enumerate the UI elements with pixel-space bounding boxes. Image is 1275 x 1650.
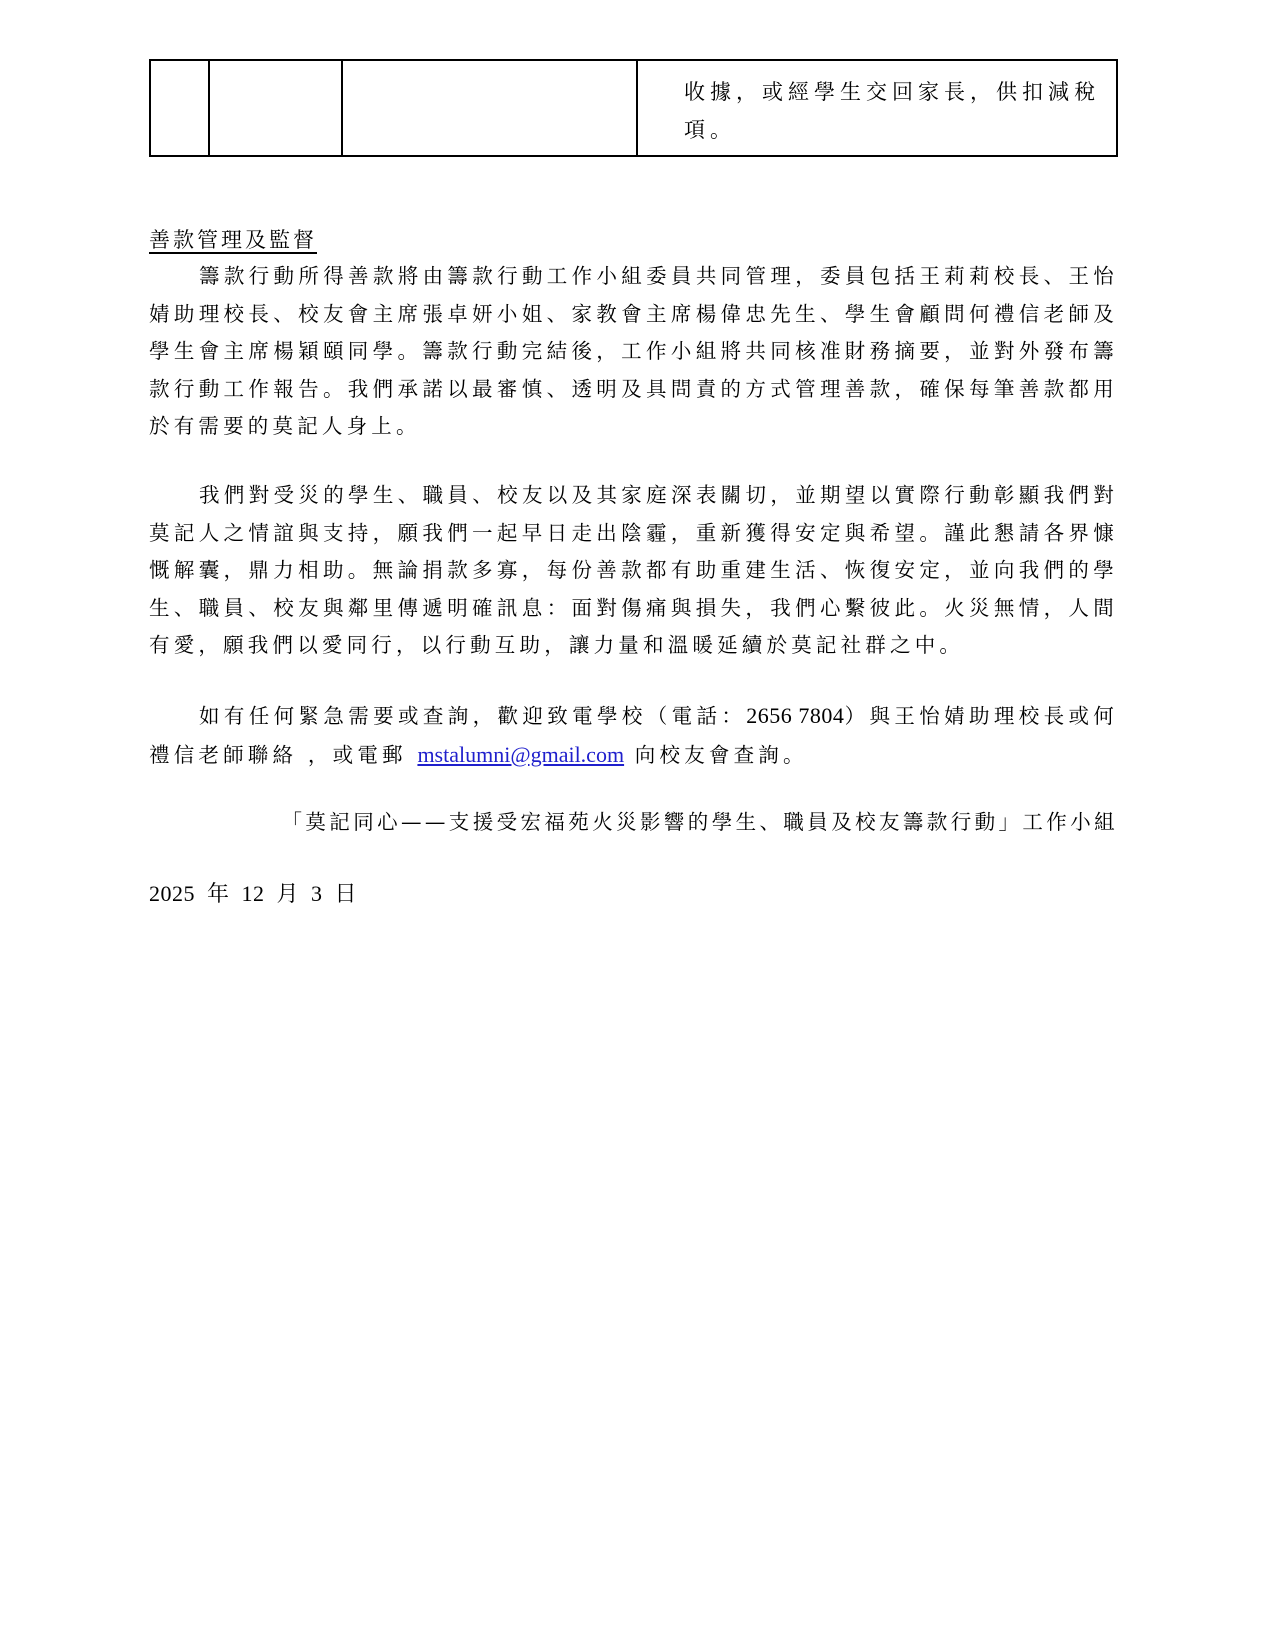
table-continuation: 收據，或經學生交回家長，供扣減稅項。 [149,59,1118,157]
table-cell-empty [150,60,209,156]
phone-number: 2656 7804 [746,703,844,728]
table-cell-empty [209,60,342,156]
paragraph-appeal: 我們對受災的學生、職員、校友以及其家庭深表關切，並期望以實際行動彰顯我們對莫記人… [149,477,1118,665]
contact-text: 向校友會查詢。 [624,743,808,767]
section-heading: 善款管理及監督 [149,224,317,254]
email-link[interactable]: mstalumni@gmail.com [417,742,624,767]
contact-text: 如有任何緊急需要或查詢，歡迎致電學校（電話： [199,704,746,728]
document-date: 2025 年 12 月 3 日 [149,877,357,908]
table-cell-empty [342,60,637,156]
table-cell-text: 收據，或經學生交回家長，供扣減稅項。 [637,60,1117,156]
signature-line: 「莫記同心——支援受宏福苑火災影響的學生、職員及校友籌款行動」工作小組 [282,805,1119,835]
paragraph-fund-management: 籌款行動所得善款將由籌款行動工作小組委員共同管理，委員包括王莉莉校長、王怡婧助理… [149,258,1118,446]
paragraph-contact: 如有任何緊急需要或查詢，歡迎致電學校（電話：2656 7804）與王怡婧助理校長… [149,697,1118,774]
